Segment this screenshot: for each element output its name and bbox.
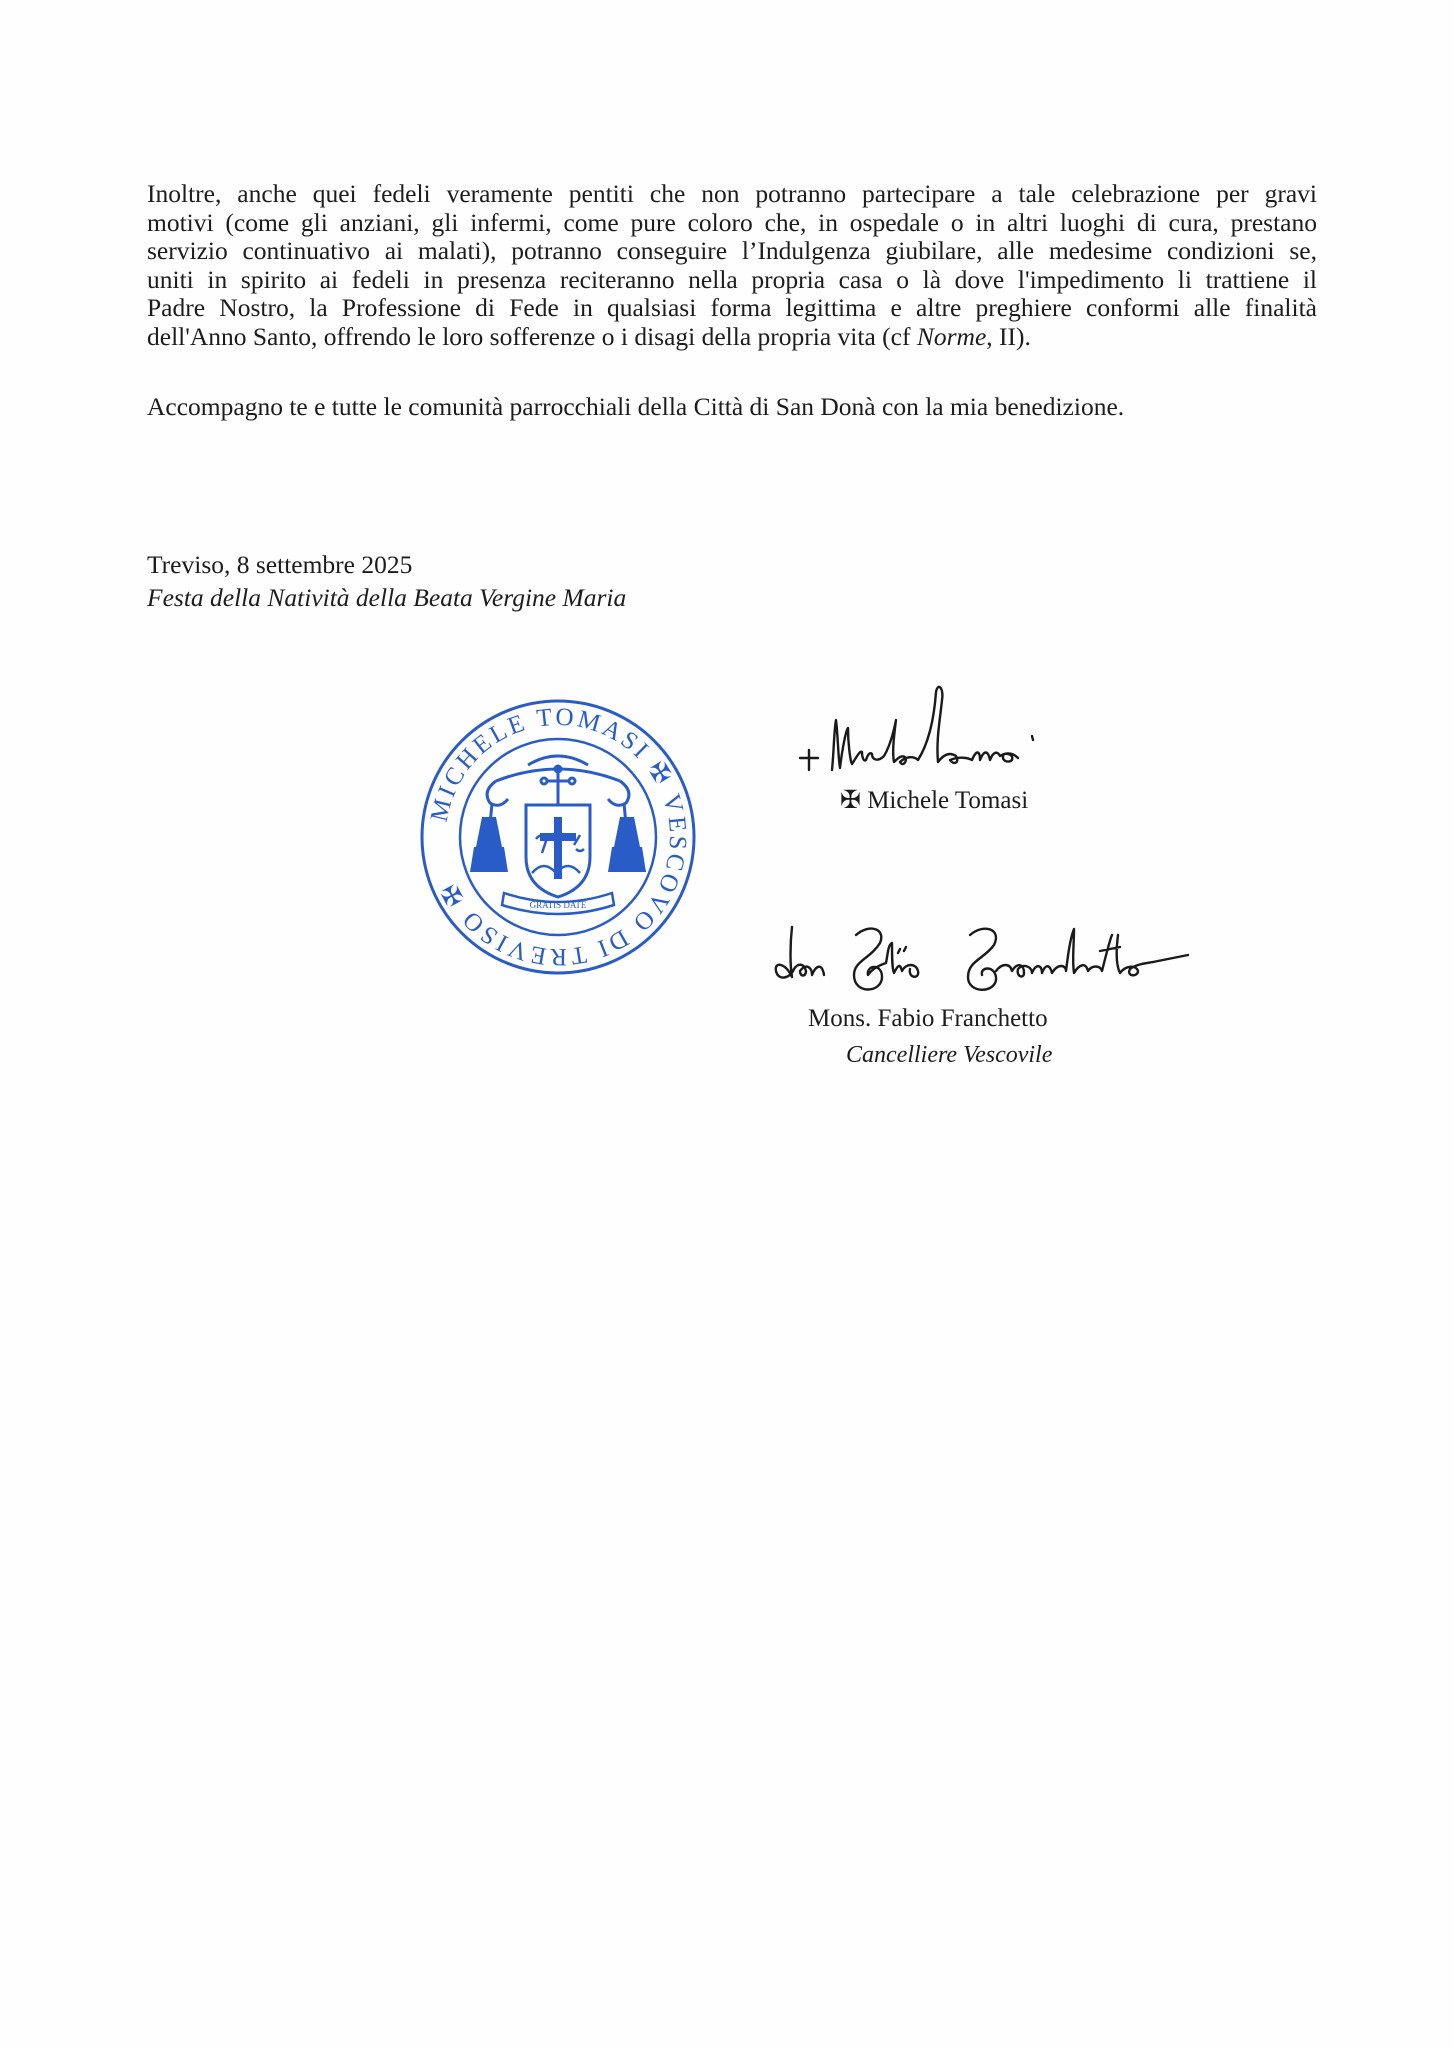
signature-fabio-franchetto-icon [770,915,1230,1005]
paragraph-line: Inoltre, anche quei fedeli veramente pen… [147,180,1317,209]
paragraph-line: Padre Nostro, la Professione di Fede in … [147,294,1317,323]
maltese-cross-icon: ✠ [840,787,861,814]
paragraph-indulgence: Inoltre, anche quei fedeli veramente pen… [147,180,1317,352]
text-run: dell'Anno Santo, offrendo le loro soffer… [147,322,917,351]
paragraph-line: servizio continuativo ai malati), potran… [147,237,1317,266]
signatory-name-2: Mons. Fabio Franchetto [808,1004,1048,1034]
seal-motto: GRATIS DATE [530,900,587,910]
paragraph-line: motivi (come gli anziani, gli infermi, c… [147,209,1317,238]
signature-michele-tomasi-icon [790,680,1130,790]
signatory-name-1: ✠ Michele Tomasi [840,786,1028,816]
text-run: , II). [986,322,1031,351]
paragraph-line-last: dell'Anno Santo, offrendo le loro soffer… [147,323,1317,352]
signatory-name: Michele Tomasi [867,787,1028,814]
paragraph-blessing: Accompagno te e tutte le comunità parroc… [147,393,1317,422]
episcopal-seal-icon: MICHELE TOMASI ✠ VESCOVO DI TREVISO ✠ [418,697,698,977]
norme-reference: Norme [917,322,986,351]
paragraph-line: uniti in spirito ai fedeli in presenza r… [147,266,1317,295]
signatory-title-2: Cancelliere Vescovile [846,1040,1052,1070]
place-date: Treviso, 8 settembre 2025 [147,550,412,580]
document-page: Inoltre, anche quei fedeli veramente pen… [0,0,1454,2048]
feast-line: Festa della Natività della Beata Vergine… [147,583,626,613]
